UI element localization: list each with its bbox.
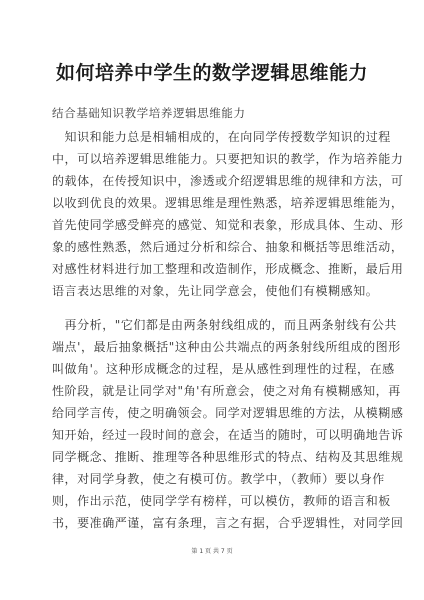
body-line: 对感性材料进行加工整理和改造制作，形成概念、推断，最后用 (52, 260, 378, 277)
body-line: 知开始，经过一段时间的意会，在适当的随时，可以明确地告诉 (52, 426, 378, 443)
body-line: 同学概念、推断、推理等各种思维形式的特点、结构及其思维规 (52, 448, 378, 465)
body-line: 首先使同学感受鲜亮的感觉、知觉和表象，形成具体、生动、形 (52, 216, 378, 233)
body-line: 再分析，"它们都是由两条射线组成的，而且两条射线有公共 (52, 316, 378, 333)
body-line: 象的感性熟悉，然后通过分析和综合、抽象和概括等思维活动， (52, 238, 378, 255)
body-line: 给同学言传，使之明确领会。同学对逻辑思维的方法，从模糊感 (52, 404, 378, 421)
body-line: 知识和能力总是相辅相成的，在向同学传授数学知识的过程 (52, 128, 378, 145)
body-line: 律，对同学身教，使之有模可仿。教学中，（教师）要以身作 (52, 470, 378, 487)
body-line: 以收到优良的效果。逻辑思维是理性熟悉，培养逻辑思维能为， (52, 194, 378, 211)
body-line: 中，可以培养逻辑思维能力。只要把知识的教学，作为培养能力 (52, 150, 378, 167)
body-line: 的载体，在传授知识中，渗透或介绍逻辑思维的规律和方法，可 (52, 172, 378, 189)
page-footer: 第 1 页 共 7 页 (0, 546, 424, 555)
body-line: 叫做角'。这种形成概念的过程，是从感性到理性的过程，在感 (52, 360, 378, 377)
body-line: 性阶段，就是让同学对"角'有所意会，使之对角有模糊感知，再 (52, 382, 378, 399)
section-heading: 结合基础知识教学培养逻辑思维能力 (52, 105, 246, 121)
body-line: 则，作出示范，使同学学有榜样，可以模仿，教师的语言和板 (52, 492, 378, 509)
body-line: 书，要准确严谨，富有条理，言之有据，合乎逻辑性，对同学回 (52, 514, 378, 531)
document-page: 如何培养中学生的数学逻辑思维能力 结合基础知识教学培养逻辑思维能力 知识和能力总… (0, 0, 424, 600)
body-line: 语言表达思维的对象，先让同学意会，使他们有模糊感知。 (52, 282, 378, 299)
document-title: 如何培养中学生的数学逻辑思维能力 (0, 58, 424, 85)
body-line: 端点'，最后抽象概括"这种由公共端点的两条射线所组成的图形 (52, 338, 378, 355)
